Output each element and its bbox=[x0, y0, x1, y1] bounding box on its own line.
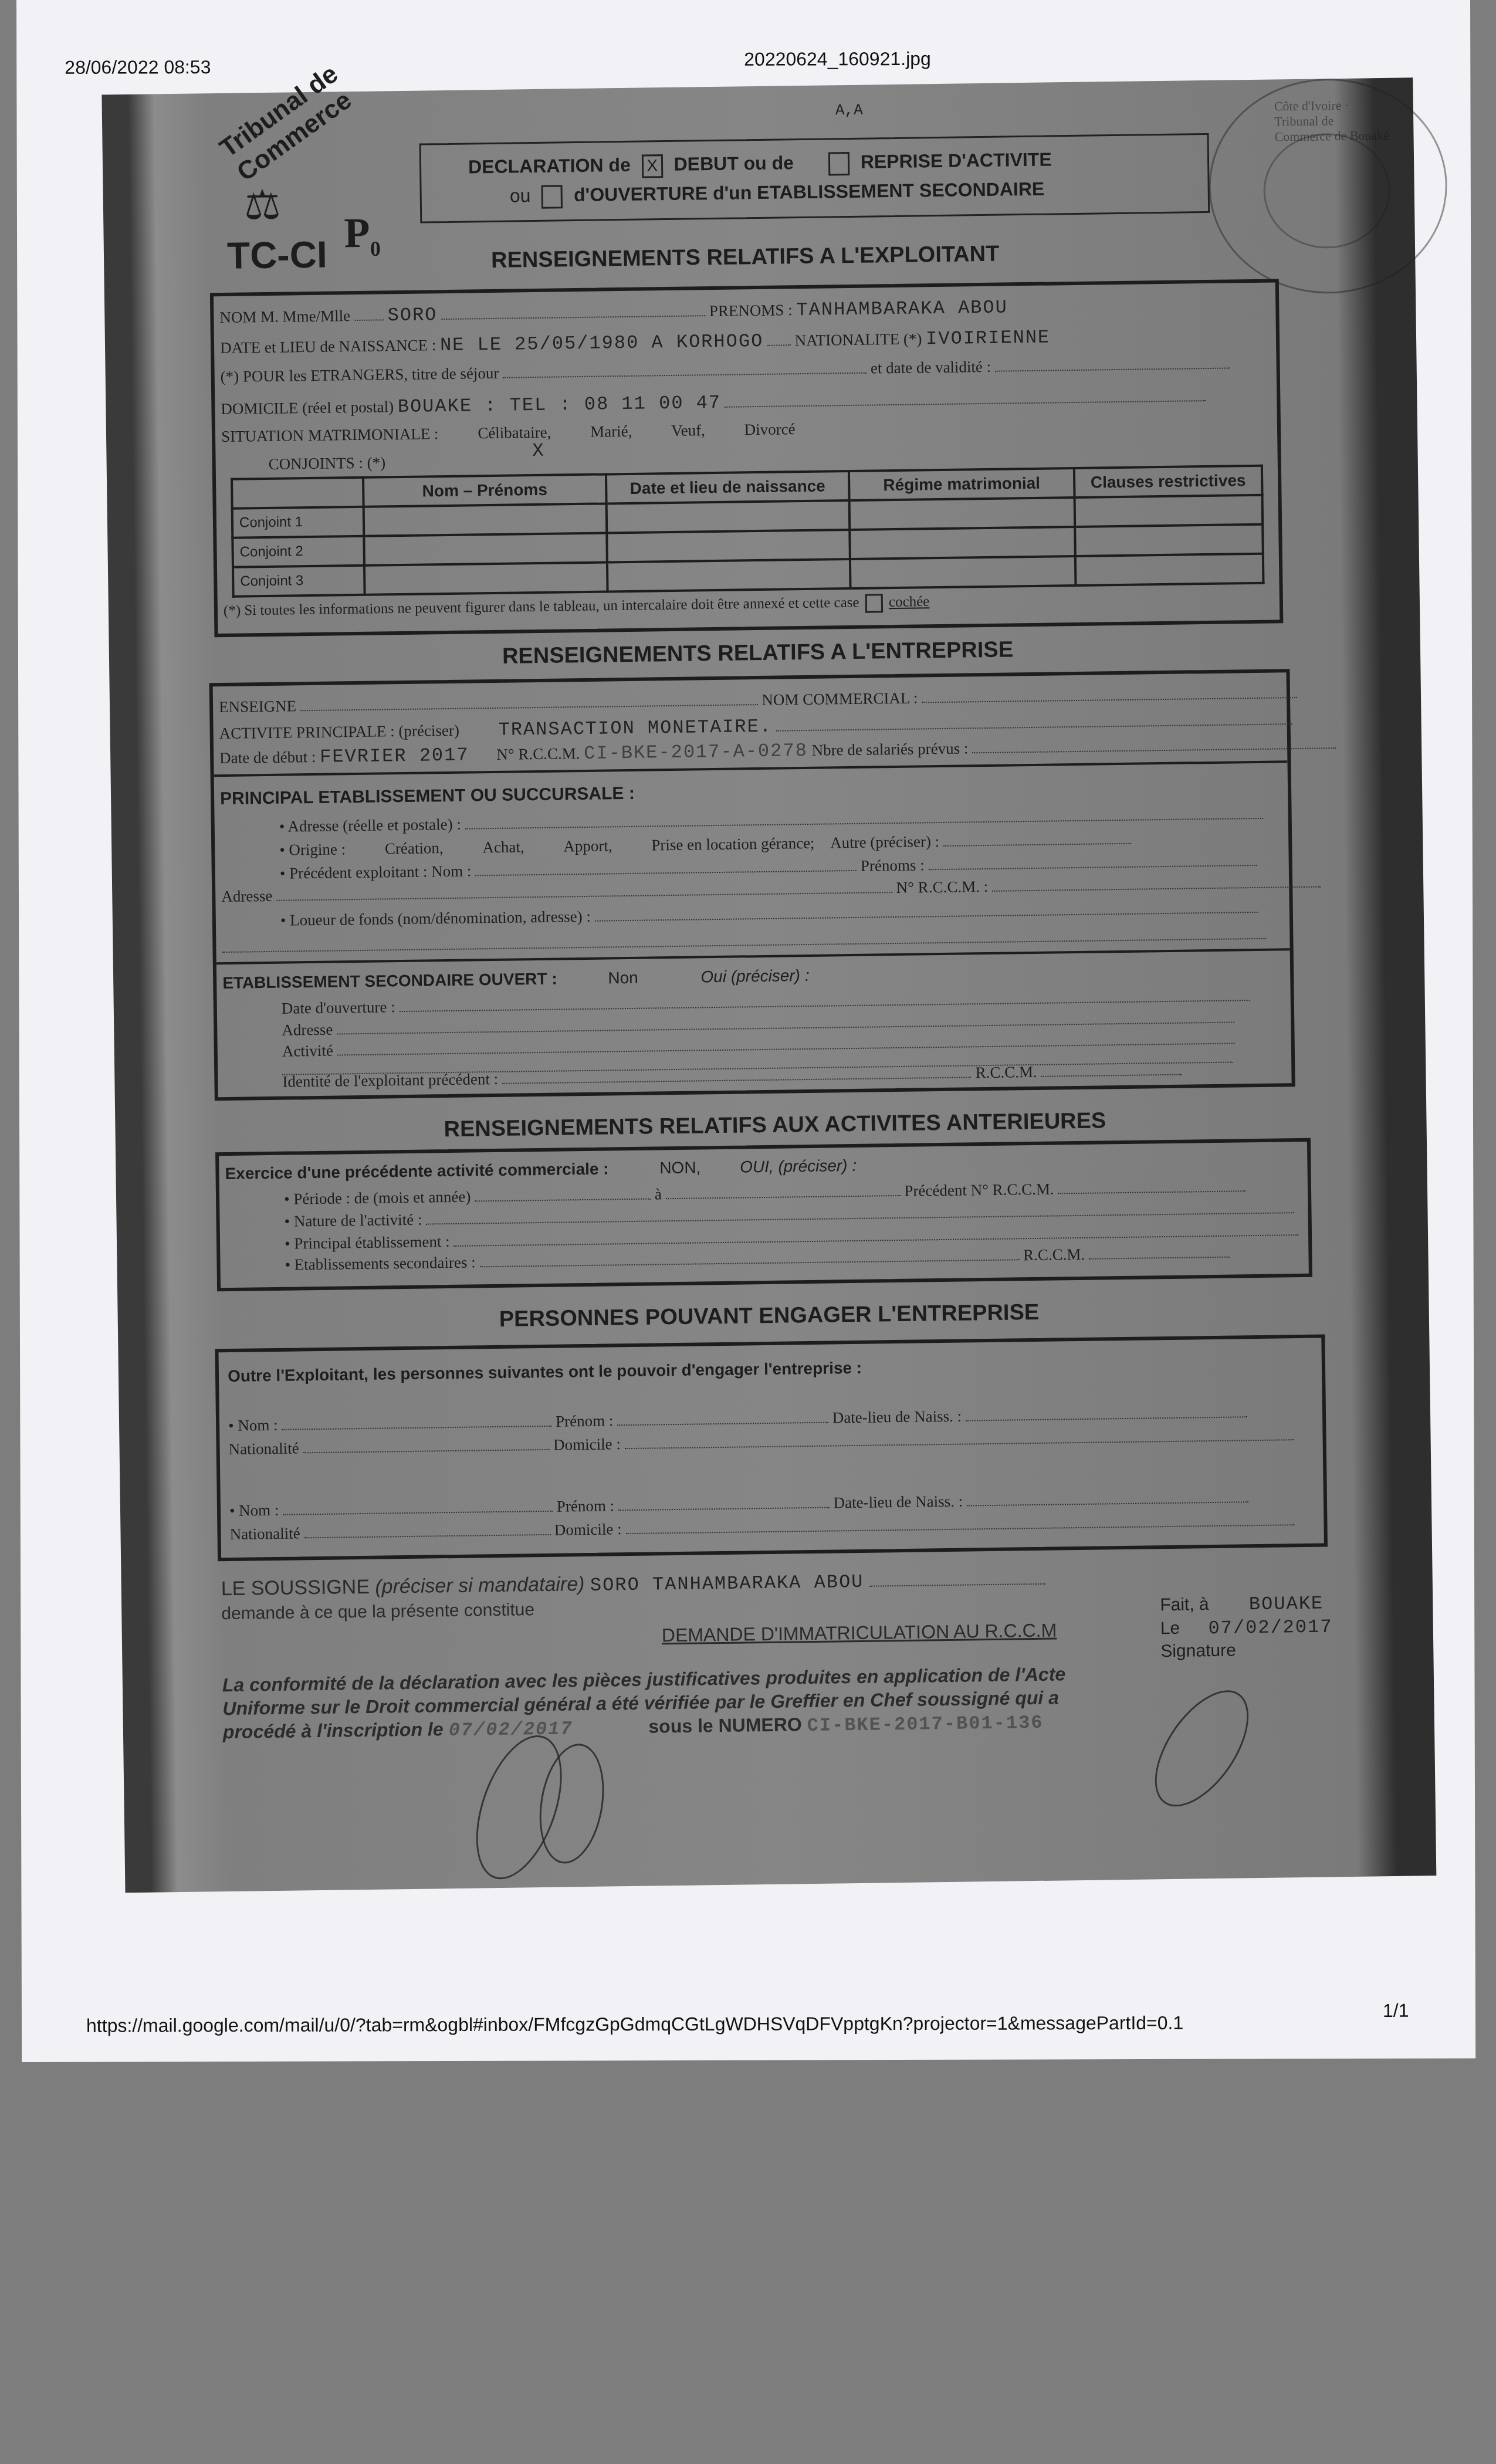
identite-rccm-label: R.C.C.M. bbox=[975, 1063, 1037, 1081]
periode-label: • Période : de (mois et année) bbox=[284, 1188, 471, 1208]
reprise-checkbox[interactable] bbox=[828, 151, 850, 175]
anterieures-rccm-label: R.C.C.M. bbox=[1023, 1245, 1085, 1264]
cochee-label: cochée bbox=[889, 594, 930, 610]
soussigne-value[interactable]: SORO TANHAMBARAKA ABOU bbox=[590, 1571, 864, 1596]
rccm-label: N° R.C.C.M. bbox=[496, 744, 580, 763]
p2-domicile-label: Domicile : bbox=[554, 1520, 622, 1538]
date-debut-value[interactable]: FEVRIER 2017 bbox=[320, 744, 469, 768]
principal-title: PRINCIPAL ETABLISSEMENT OU SUCCURSALE : bbox=[220, 784, 635, 809]
scanned-form: A,A Tribunal de Commerce ⚖ TC-CI P0 DECL… bbox=[101, 77, 1436, 1893]
identite-label: Identité de l'exploitant précédent : bbox=[282, 1070, 498, 1091]
p2-nationalite-label: Nationalité bbox=[229, 1524, 300, 1543]
conformite-line-3: procédé à l'inscription le bbox=[223, 1718, 444, 1742]
demande-title: DEMANDE D'IMMATRICULATION AU R.C.C.M bbox=[662, 1620, 1057, 1647]
le-value[interactable]: 07/02/2017 bbox=[1208, 1616, 1332, 1639]
origine-autre[interactable]: Autre (préciser) : bbox=[830, 832, 939, 851]
top-mark: A,A bbox=[835, 101, 863, 120]
cell[interactable] bbox=[1075, 554, 1264, 585]
conjoints-footnote: (*) Si toutes les informations ne peuven… bbox=[224, 595, 859, 619]
precedent-prenoms-label: Prénoms : bbox=[861, 856, 925, 874]
sec-adresse-label: Adresse bbox=[282, 1021, 333, 1039]
enseigne-label: ENSEIGNE bbox=[219, 697, 296, 716]
form-code: P0 bbox=[344, 208, 381, 261]
precedent-adresse-label: Adresse bbox=[221, 887, 272, 905]
origine-label: • Origine : bbox=[279, 840, 346, 858]
cell[interactable] bbox=[607, 559, 851, 591]
naissance-value[interactable]: NE LE 25/05/1980 A KORHOGO bbox=[440, 330, 764, 356]
seal-text: Côte d'Ivoire · Tribunal de Commerce de … bbox=[1274, 97, 1392, 145]
debut-label: DEBUT ou de bbox=[673, 152, 794, 175]
date-debut-label: Date de début : bbox=[219, 748, 316, 767]
p2-nom-label: • Nom : bbox=[229, 1501, 279, 1519]
secondaire-title: ETABLISSEMENT SECONDAIRE OUVERT : bbox=[222, 970, 557, 992]
cell[interactable] bbox=[850, 556, 1076, 588]
celibataire-mark: X bbox=[532, 440, 545, 462]
p2-naissance-label: Date-lieu de Naiss. : bbox=[833, 1492, 963, 1512]
cell[interactable] bbox=[849, 497, 1075, 530]
logo-abbr: TC-CI bbox=[227, 233, 328, 277]
exercice-oui[interactable]: OUI, (préciser) : bbox=[740, 1156, 857, 1176]
exercice-label: Exercice d'une précédente activité comme… bbox=[225, 1159, 608, 1183]
official-seal-icon: Côte d'Ivoire · Tribunal de Commerce de … bbox=[1207, 77, 1448, 295]
activite-value[interactable]: TRANSACTION MONETAIRE. bbox=[498, 716, 772, 741]
cell[interactable] bbox=[364, 562, 608, 594]
print-page-number: 1/1 bbox=[1383, 2000, 1409, 2022]
logo-arc-text: Tribunal de Commerce bbox=[215, 40, 387, 188]
signature-label: Signature bbox=[1160, 1641, 1236, 1662]
validite-label: et date de validité : bbox=[871, 358, 991, 377]
p1-nationalite-label: Nationalité bbox=[228, 1439, 299, 1458]
demande-text: demande à ce que la présente constitue bbox=[221, 1600, 534, 1624]
cell[interactable] bbox=[1075, 524, 1263, 556]
inscription-date[interactable]: 07/02/2017 bbox=[448, 1718, 573, 1741]
situation-label: SITUATION MATRIMONIALE : bbox=[221, 425, 439, 445]
situation-celibataire[interactable]: Célibataire, bbox=[478, 424, 551, 442]
le-label: Le bbox=[1160, 1619, 1180, 1638]
ouverture-checkbox[interactable] bbox=[541, 185, 563, 208]
salaries-label: Nbre de salariés prévus : bbox=[811, 739, 968, 759]
intercalaire-checkbox[interactable] bbox=[865, 594, 883, 612]
cell[interactable] bbox=[364, 533, 607, 565]
tc-ci-logo: Tribunal de Commerce ⚖ TC-CI P0 bbox=[208, 126, 404, 304]
precedent-nom-label: • Précédent exploitant : Nom : bbox=[280, 862, 472, 882]
nature-label: • Nature de l'activité : bbox=[284, 1211, 422, 1230]
p2-prenom-label: Prénom : bbox=[557, 1497, 615, 1515]
anterieures-title: RENSEIGNEMENTS RELATIFS AUX ACTIVITES AN… bbox=[444, 1108, 1106, 1142]
fait-a-label: Fait, à bbox=[1160, 1595, 1209, 1615]
declaration-prefix: DECLARATION de bbox=[468, 154, 631, 178]
origine-achat[interactable]: Achat, bbox=[482, 838, 524, 856]
col-blank bbox=[232, 478, 364, 509]
situation-divorce[interactable]: Divorcé bbox=[744, 420, 795, 438]
personnes-box: Outre l'Exploitant, les personnes suivan… bbox=[215, 1335, 1328, 1562]
personnes-title: PERSONNES POUVANT ENGAGER L'ENTREPRISE bbox=[499, 1300, 1040, 1332]
precedent-rccm-label: N° R.C.C.M. : bbox=[896, 878, 989, 896]
ouverture-label: d'OUVERTURE d'un ETABLISSEMENT SECONDAIR… bbox=[574, 178, 1045, 205]
secondaire-oui[interactable]: Oui (préciser) : bbox=[700, 966, 810, 986]
origine-location-gerance[interactable]: Prise en location gérance; bbox=[651, 834, 815, 854]
periode-a: à bbox=[655, 1185, 662, 1203]
prenoms-value[interactable]: TANHAMBARAKA ABOU bbox=[796, 296, 1008, 321]
adresse-label: • Adresse (réelle et postale) : bbox=[279, 815, 461, 835]
entreprise-title: RENSEIGNEMENTS RELATIFS A L'ENTREPRISE bbox=[502, 637, 1014, 669]
cell[interactable] bbox=[849, 527, 1075, 559]
row-label: Conjoint 3 bbox=[233, 566, 365, 597]
col-regime: Régime matrimonial bbox=[849, 468, 1075, 500]
activite-label: ACTIVITE PRINCIPALE : (préciser) bbox=[219, 722, 459, 742]
row-label: Conjoint 1 bbox=[232, 507, 364, 538]
domicile-value[interactable]: BOUAKE : TEL : 08 11 00 47 bbox=[398, 392, 722, 418]
nationalite-value[interactable]: IVOIRIENNE bbox=[926, 326, 1050, 350]
secondaires-label: • Etablissements secondaires : bbox=[285, 1253, 475, 1273]
exploitant-title: RENSEIGNEMENTS RELATIFS A L'EXPLOITANT bbox=[491, 242, 1000, 273]
printed-page: 28/06/2022 08:53 20220624_160921.jpg A,A… bbox=[16, 0, 1475, 2062]
soussigne-label: LE SOUSSIGNE bbox=[221, 1576, 370, 1600]
naissance-label: DATE et LIEU de NAISSANCE : bbox=[220, 336, 436, 357]
personnes-intro: Outre l'Exploitant, les personnes suivan… bbox=[228, 1359, 862, 1386]
declarant-signature-icon bbox=[1136, 1674, 1267, 1822]
loueur-label: • Loueur de fonds (nom/dénomination, adr… bbox=[280, 908, 591, 929]
p1-domicile-label: Domicile : bbox=[553, 1435, 621, 1453]
cell[interactable] bbox=[607, 500, 850, 533]
declaration-box: DECLARATION de X DEBUT ou de REPRISE D'A… bbox=[419, 133, 1210, 224]
print-filename: 20220624_160921.jpg bbox=[744, 48, 931, 70]
cell[interactable] bbox=[364, 503, 607, 536]
exercice-non[interactable]: NON, bbox=[659, 1158, 700, 1177]
p1-prenom-label: Prénom : bbox=[556, 1412, 614, 1430]
col-nom-prenoms: Nom – Prénoms bbox=[363, 474, 607, 506]
precedent-rccm-label: Précédent N° R.C.C.M. bbox=[904, 1180, 1054, 1200]
rccm-value[interactable]: CI-BKE-2017-A-0278 bbox=[584, 740, 808, 764]
soussigne-hint: (préciser si mandataire) bbox=[375, 1573, 585, 1598]
conjoints-label: CONJOINTS : (*) bbox=[268, 453, 385, 473]
situation-marie[interactable]: Marié, bbox=[590, 422, 632, 441]
row-label: Conjoint 2 bbox=[232, 536, 364, 567]
p1-nom-label: • Nom : bbox=[228, 1416, 278, 1434]
p1-naissance-label: Date-lieu de Naiss. : bbox=[832, 1407, 962, 1427]
nom-commercial-label: NOM COMMERCIAL : bbox=[761, 689, 918, 709]
numero-label: sous le NUMERO bbox=[648, 1714, 802, 1737]
sec-activite-label: Activité bbox=[282, 1042, 333, 1060]
scales-of-justice-icon: ⚖ bbox=[243, 181, 281, 230]
cell[interactable] bbox=[1075, 495, 1263, 527]
principal-label: • Principal établissement : bbox=[285, 1233, 450, 1253]
debut-checkbox[interactable]: X bbox=[641, 154, 663, 178]
anterieures-box: Exercice d'une précédente activité comme… bbox=[215, 1138, 1312, 1291]
numero-value[interactable]: CI-BKE-2017-B01-136 bbox=[807, 1712, 1043, 1737]
fait-a-value[interactable]: BOUAKE bbox=[1249, 1593, 1324, 1616]
entreprise-box: ENSEIGNE NOM COMMERCIAL : ACTIVITE PRINC… bbox=[209, 669, 1295, 1101]
origine-creation[interactable]: Création, bbox=[385, 839, 444, 857]
cell[interactable] bbox=[607, 530, 850, 562]
col-date-lieu: Date et lieu de naissance bbox=[606, 471, 849, 503]
etrangers-label: (*) POUR les ETRANGERS, titre de séjour bbox=[221, 364, 499, 385]
situation-veuf[interactable]: Veuf, bbox=[671, 421, 705, 439]
print-datetime: 28/06/2022 08:53 bbox=[65, 56, 211, 79]
exploitant-box: NOM M. Mme/Mlle SORO PRENOMS : TANHAMBAR… bbox=[210, 279, 1284, 637]
seal-inner-ring bbox=[1263, 133, 1391, 249]
origine-apport[interactable]: Apport, bbox=[563, 837, 612, 855]
nom-label: NOM M. Mme/Mlle bbox=[219, 307, 350, 326]
domicile-label: DOMICILE (réel et postal) bbox=[221, 398, 394, 418]
print-url: https://mail.google.com/mail/u/0/?tab=rm… bbox=[86, 2012, 1183, 2037]
nom-value[interactable]: SORO bbox=[387, 304, 437, 326]
declaration-connector: ou bbox=[509, 185, 530, 206]
reprise-label: REPRISE D'ACTIVITE bbox=[861, 148, 1052, 172]
col-clauses: Clauses restrictives bbox=[1074, 466, 1263, 497]
date-ouverture-label: Date d'ouverture : bbox=[282, 998, 395, 1017]
prenoms-label: PRENOMS : bbox=[709, 301, 793, 320]
secondaire-non[interactable]: Non bbox=[608, 969, 638, 987]
nationalite-label: NATIONALITE (*) bbox=[795, 330, 922, 349]
conjoints-table: Nom – Prénoms Date et lieu de naissance … bbox=[231, 465, 1265, 598]
